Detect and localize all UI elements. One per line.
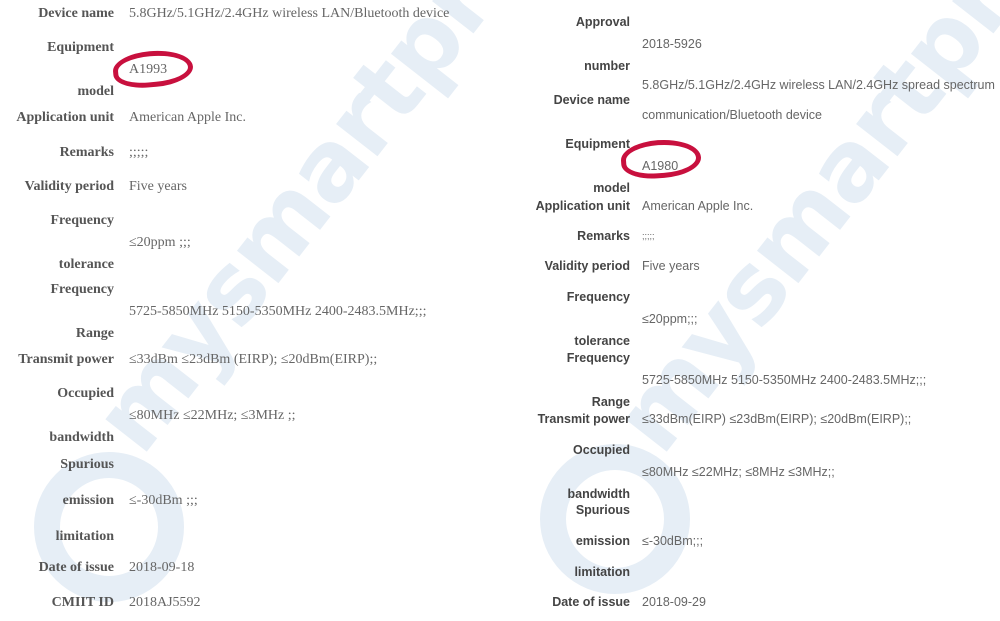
field-label: Spuriousemissionlimitation: [500, 503, 630, 579]
field-label: Occupiedbandwidth: [500, 443, 630, 501]
row-frequency-range: FrequencyRange 5725-5850MHz 5150-5350MHz…: [500, 351, 926, 409]
field-value: ;;;;;: [129, 145, 148, 161]
field-label: Remarks: [500, 229, 630, 243]
field-label: CMIIT ID: [0, 595, 114, 611]
field-value: ≤-30dBm;;;: [642, 534, 703, 548]
field-label: Transmit power: [0, 352, 114, 368]
field-value: 2018-09-18: [129, 560, 194, 576]
field-value: ≤20ppm;;;: [642, 312, 698, 326]
row-device-name: Device name 5.8GHz/5.1GHz/2.4GHz wireles…: [500, 70, 995, 130]
field-value: 5725-5850MHz 5150-5350MHz 2400-2483.5MHz…: [129, 304, 426, 320]
row-date-of-issue: Date of issue 2018-09-18: [0, 560, 194, 576]
field-label: Occupiedbandwidth: [0, 386, 114, 446]
row-frequency-tolerance: Frequencytolerance ≤20ppm;;;: [500, 290, 698, 348]
field-label: Device name: [0, 6, 114, 22]
row-equipment-model: Equipmentmodel A1993: [0, 40, 167, 100]
field-label: Equipmentmodel: [0, 40, 114, 100]
row-validity-period: Validity period Five years: [0, 179, 187, 195]
field-label: FrequencyRange: [500, 351, 630, 409]
row-transmit-power: Transmit power ≤33dBm ≤23dBm (EIRP); ≤20…: [0, 352, 377, 368]
field-label: Date of issue: [500, 595, 630, 609]
field-value-model: A1980: [642, 159, 678, 173]
field-label: Application unit: [500, 199, 630, 213]
row-occupied-bandwidth: Occupiedbandwidth ≤80MHz ≤22MHz; ≤8MHz ≤…: [500, 443, 835, 501]
row-occupied-bandwidth: Occupiedbandwidth ≤80MHz ≤22MHz; ≤3MHz ;…: [0, 386, 296, 446]
field-label: Application unit: [0, 110, 114, 126]
row-transmit-power: Transmit power ≤33dBm(EIRP) ≤23dBm(EIRP)…: [500, 412, 911, 426]
row-frequency-tolerance: Frequencytolerance ≤20ppm ;;;: [0, 213, 191, 273]
row-spurious-emission: Spuriousemissionlimitation ≤-30dBm;;;: [500, 503, 703, 579]
field-label: Spuriousemissionlimitation: [0, 457, 114, 545]
row-frequency-range: FrequencyRange 5725-5850MHz 5150-5350MHz…: [0, 282, 426, 342]
row-spurious-emission: Spuriousemissionlimitation ≤-30dBm ;;;: [0, 456, 198, 546]
row-remarks: Remarks ;;;;;: [500, 229, 655, 243]
row-approval-number: Approvalnumber 2018-5926: [500, 15, 702, 73]
field-label: Validity period: [500, 259, 630, 273]
field-value: 5.8GHz/5.1GHz/2.4GHz wireless LAN/Blueto…: [129, 6, 449, 22]
field-value: ≤33dBm ≤23dBm (EIRP); ≤20dBm(EIRP);;: [129, 352, 377, 368]
field-value: American Apple Inc.: [129, 110, 246, 126]
field-value: ≤20ppm ;;;: [129, 235, 191, 251]
field-value: ≤-30dBm ;;;: [129, 493, 198, 509]
field-value: ≤80MHz ≤22MHz; ≤8MHz ≤3MHz;;: [642, 465, 835, 479]
row-date-of-issue: Date of issue 2018-09-29: [500, 595, 706, 609]
field-label: Approvalnumber: [500, 15, 630, 73]
field-value: Five years: [129, 179, 187, 195]
field-label: Equipmentmodel: [500, 137, 630, 195]
field-value: 2018-09-29: [642, 595, 706, 609]
row-application-unit: Application unit American Apple Inc.: [500, 199, 753, 213]
row-cmiit-id: CMIIT ID 2018AJ5592: [0, 595, 201, 611]
field-value: 5.8GHz/5.1GHz/2.4GHz wireless LAN/2.4GHz…: [642, 70, 995, 130]
field-label: Frequencytolerance: [500, 290, 630, 348]
field-value: 2018AJ5592: [129, 595, 201, 611]
field-label: Frequencytolerance: [0, 213, 114, 273]
field-value: 2018-5926: [642, 37, 702, 51]
field-label: Device name: [500, 93, 630, 107]
field-value-model: A1993: [129, 62, 167, 78]
field-label: Date of issue: [0, 560, 114, 576]
field-value: ≤33dBm(EIRP) ≤23dBm(EIRP); ≤20dBm(EIRP);…: [642, 412, 911, 426]
field-value: ;;;;;: [642, 231, 655, 241]
field-value: Five years: [642, 259, 700, 273]
field-value: ≤80MHz ≤22MHz; ≤3MHz ;;: [129, 408, 296, 424]
field-label: Validity period: [0, 179, 114, 195]
field-label: Transmit power: [500, 412, 630, 426]
row-application-unit: Application unit American Apple Inc.: [0, 110, 246, 126]
row-remarks: Remarks ;;;;;: [0, 145, 148, 161]
field-value: American Apple Inc.: [642, 199, 753, 213]
field-value: 5725-5850MHz 5150-5350MHz 2400-2483.5MHz…: [642, 373, 926, 387]
row-equipment-model: Equipmentmodel A1980: [500, 137, 678, 195]
row-device-name: Device name 5.8GHz/5.1GHz/2.4GHz wireles…: [0, 6, 449, 22]
field-label: Remarks: [0, 145, 114, 161]
field-label: FrequencyRange: [0, 282, 114, 342]
row-validity-period: Validity period Five years: [500, 259, 700, 273]
